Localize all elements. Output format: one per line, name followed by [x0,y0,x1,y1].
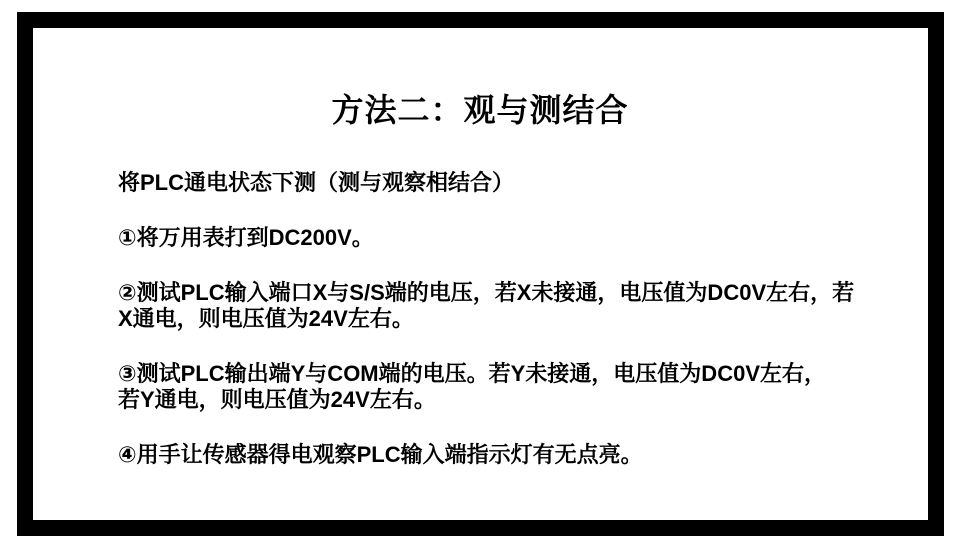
slide: 方法二：观与测结合 将PLC通电状态下测（测与观察相结合） ①将万用表打到DC2… [0,0,960,540]
step-4-paragraph: ④用手让传感器得电观察PLC输入端指示灯有无点亮。 [118,442,918,468]
step-3-paragraph: ③测试PLC输出端Y与COM端的电压。若Y未接通，电压值为DC0V左右， 若Y通… [118,361,918,413]
step-2-paragraph: ②测试PLC输入端口X与S/S端的电压，若X未接通，电压值为DC0V左右，若 X… [118,280,918,332]
step-1-paragraph: ①将万用表打到DC200V。 [118,225,918,251]
slide-title: 方法二：观与测结合 [0,90,960,130]
step-2-line-2: X通电，则电压值为24V左右。 [118,306,918,332]
slide-body: 将PLC通电状态下测（测与观察相结合） ①将万用表打到DC200V。 ②测试PL… [118,170,918,497]
step-3-line-1: ③测试PLC输出端Y与COM端的电压。若Y未接通，电压值为DC0V左右， [118,361,918,387]
step-3-line-2: 若Y通电，则电压值为24V左右。 [118,387,918,413]
intro-paragraph: 将PLC通电状态下测（测与观察相结合） [118,170,918,196]
step-2-line-1: ②测试PLC输入端口X与S/S端的电压，若X未接通，电压值为DC0V左右，若 [118,280,918,306]
step-4-line-1: ④用手让传感器得电观察PLC输入端指示灯有无点亮。 [118,442,918,468]
step-1-line-1: ①将万用表打到DC200V。 [118,225,918,251]
intro-line: 将PLC通电状态下测（测与观察相结合） [118,170,918,196]
